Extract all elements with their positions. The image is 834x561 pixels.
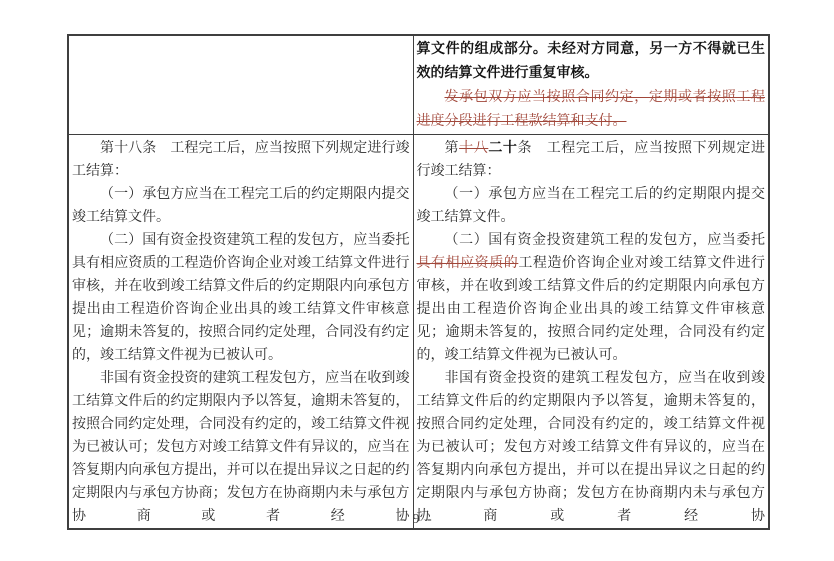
deleted-text: 具有相应资质的 — [417, 256, 519, 271]
text-run: （一）承包方应当在工程完工后的约定期限内提交竣工结算文件。 — [72, 187, 410, 225]
paragraph: 发承包双方应当按照合同约定，定期或者按照工程进度分段进行工程款结算和支付。 — [417, 86, 766, 134]
text-run: 第十八条 工程完工后，应当按照下列规定进行竣工结算： — [72, 141, 410, 179]
page-number: - 9 - — [0, 512, 834, 528]
text-run: （二）国有资金投资建筑工程的发包方，应当委托具有相应资质的工程造价咨询企业对竣工… — [72, 233, 410, 363]
cell-row2-left: 第十八条 工程完工后，应当按照下列规定进行竣工结算：（一）承包方应当在工程完工后… — [68, 135, 413, 530]
text-run: （二）国有资金投资建筑工程的发包方，应当委托 — [445, 233, 766, 248]
comparison-table: 算文件的组成部分。未经对方同意，另一方不得就已生效的结算文件进行重复审核。发承包… — [67, 34, 770, 530]
paragraph: （二）国有资金投资建筑工程的发包方，应当委托具有相应资质的工程造价咨询企业对竣工… — [417, 229, 766, 367]
table-row: 第十八条 工程完工后，应当按照下列规定进行竣工结算：（一）承包方应当在工程完工后… — [68, 135, 769, 530]
text-run: 非国有资金投资的建筑工程发包方，应当在收到竣工结算文件后的约定期限内予以答复，逾… — [72, 371, 410, 524]
table-row: 算文件的组成部分。未经对方同意，另一方不得就已生效的结算文件进行重复审核。发承包… — [68, 35, 769, 135]
paragraph: （二）国有资金投资建筑工程的发包方，应当委托具有相应资质的工程造价咨询企业对竣工… — [72, 229, 410, 367]
cell-row2-right: 第十八二十条 工程完工后，应当按照下列规定进行竣工结算：（一）承包方应当在工程完… — [413, 135, 769, 530]
deleted-text: 发承包双方应当按照合同约定，定期或者按照工程进度分段进行工程款结算和支付。 — [417, 90, 766, 129]
paragraph: （一）承包方应当在工程完工后的约定期限内提交竣工结算文件。 — [72, 183, 410, 229]
paragraph: 非国有资金投资的建筑工程发包方，应当在收到竣工结算文件后的约定期限内予以答复，逾… — [72, 367, 410, 528]
text-run: （一）承包方应当在工程完工后的约定期限内提交竣工结算文件。 — [417, 187, 766, 225]
inserted-text: 算文件的组成部分。未经对方同意，另一方不得就已生效的结算文件进行重复审核。 — [417, 42, 766, 81]
cell-row1-left — [68, 35, 413, 135]
text-run: 工程造价咨询企业对竣工结算文件进行审核，并在收到竣工结算文件后的约定期限内向承包… — [417, 256, 766, 363]
inserted-text: 二十 — [488, 141, 517, 156]
cell-row1-right: 算文件的组成部分。未经对方同意，另一方不得就已生效的结算文件进行重复审核。发承包… — [413, 35, 769, 135]
deleted-text: 十八 — [459, 141, 488, 156]
paragraph: 非国有资金投资的建筑工程发包方，应当在收到竣工结算文件后的约定期限内予以答复，逾… — [417, 367, 766, 528]
document-page: 算文件的组成部分。未经对方同意，另一方不得就已生效的结算文件进行重复审核。发承包… — [0, 0, 834, 561]
paragraph: 第十八条 工程完工后，应当按照下列规定进行竣工结算： — [72, 137, 410, 183]
paragraph: （一）承包方应当在工程完工后的约定期限内提交竣工结算文件。 — [417, 183, 766, 229]
text-run: 第 — [445, 141, 460, 156]
text-run: 非国有资金投资的建筑工程发包方，应当在收到竣工结算文件后的约定期限内予以答复，逾… — [417, 371, 766, 524]
paragraph: 算文件的组成部分。未经对方同意，另一方不得就已生效的结算文件进行重复审核。 — [417, 38, 766, 86]
paragraph: 第十八二十条 工程完工后，应当按照下列规定进行竣工结算： — [417, 137, 766, 183]
